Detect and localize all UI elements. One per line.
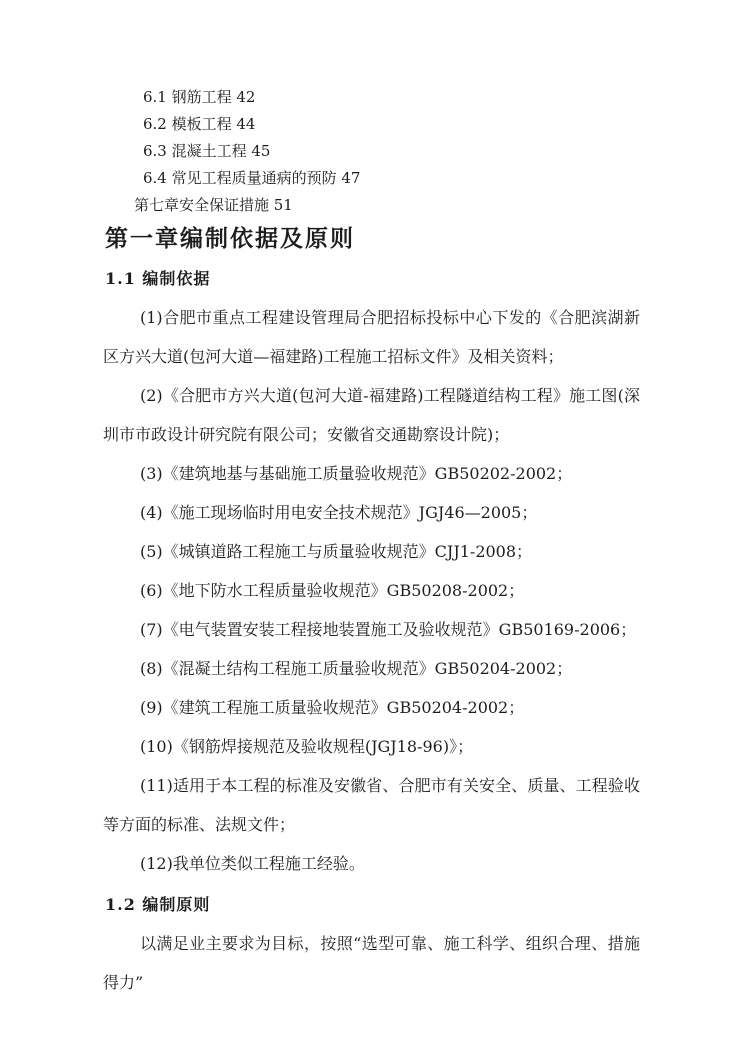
reference-item: (8)《混凝土结构工程施工质量验收规范》GB50204-2002； (103, 649, 640, 688)
document-page: 6.1 钢筋工程 42 6.2 模板工程 44 6.3 混凝土工程 45 6.4… (0, 0, 744, 1052)
reference-item: (4)《施工现场临时用电安全技术规范》JGJ46—2005； (103, 493, 640, 532)
reference-item: (6)《地下防水工程质量验收规范》GB50208-2002； (103, 571, 640, 610)
reference-item: (7)《电气装置安装工程接地装置施工及验收规范》GB50169-2006； (103, 610, 640, 649)
toc-entry: 6.1 钢筋工程 42 (143, 84, 640, 111)
reference-item: (11)适用于本工程的标准及安徽省、合肥市有关安全、质量、工程验收等方面的标准、… (103, 766, 640, 844)
toc-entry: 6.2 模板工程 44 (143, 111, 640, 138)
reference-item: (12)我单位类似工程施工经验。 (103, 844, 640, 883)
toc-entry: 6.3 混凝土工程 45 (143, 138, 640, 165)
table-of-contents: 6.1 钢筋工程 42 6.2 模板工程 44 6.3 混凝土工程 45 6.4… (103, 84, 640, 219)
toc-entry: 第七章安全保证措施 51 (134, 192, 640, 219)
reference-item: (1)合肥市重点工程建设管理局合肥招标投标中心下发的《合肥滨湖新区方兴大道(包河… (103, 298, 640, 376)
section-heading-1-1: 1.1 编制依据 (105, 259, 640, 298)
chapter-title: 第一章编制依据及原则 (105, 221, 640, 257)
reference-item: (5)《城镇道路工程施工与质量验收规范》CJJ1-2008； (103, 532, 640, 571)
reference-item: (2)《合肥市方兴大道(包河大道-福建路)工程隧道结构工程》施工图(深圳市市政设… (103, 376, 640, 454)
reference-item: (9)《建筑工程施工质量验收规范》GB50204-2002； (103, 688, 640, 727)
reference-item: (3)《建筑地基与基础施工质量验收规范》GB50202-2002； (103, 454, 640, 493)
toc-entry: 6.4 常见工程质量通病的预防 47 (143, 165, 640, 192)
page-content: 6.1 钢筋工程 42 6.2 模板工程 44 6.3 混凝土工程 45 6.4… (0, 0, 744, 1002)
paragraph: 以满足业主要求为目标，按照“选型可靠、施工科学、组织合理、措施得力” (103, 924, 640, 1002)
reference-item: (10)《钢筋焊接规范及验收规程(JGJ18-96)》； (103, 727, 640, 766)
section-heading-1-2: 1.2 编制原则 (105, 885, 640, 924)
